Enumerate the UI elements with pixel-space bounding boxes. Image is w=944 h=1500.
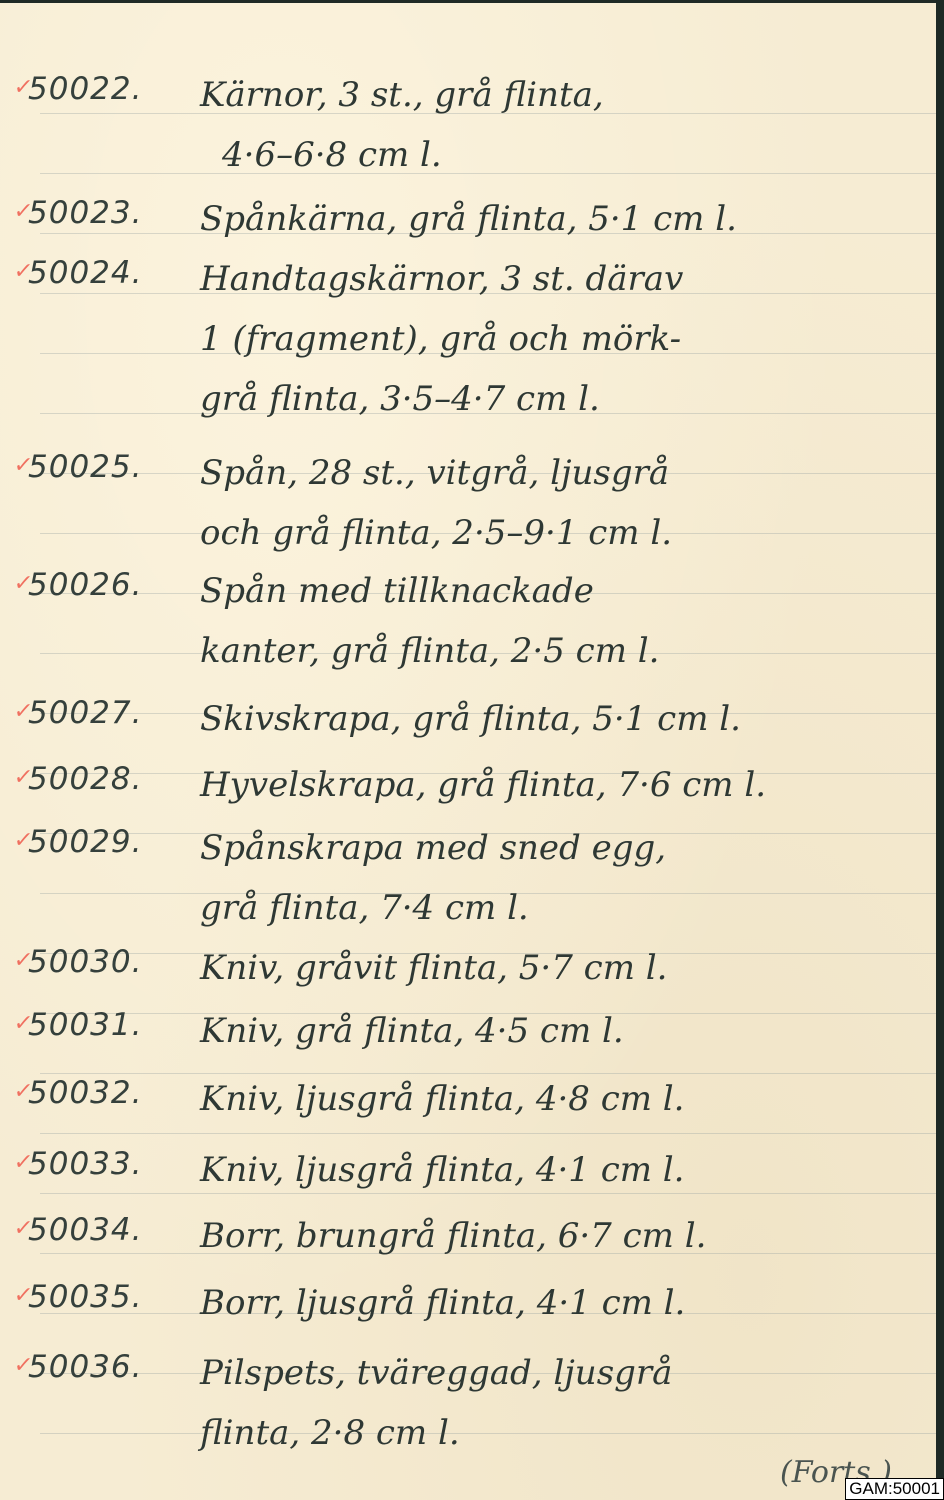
entry-line: Spån, 28 st., vitgrå, ljusgrå [200, 443, 930, 503]
entry-line: grå flinta, 3·5–4·7 cm l. [200, 369, 930, 429]
entry-description: Kniv, ljusgrå flinta, 4·1 cm l. [200, 1140, 930, 1200]
entry-line: och grå flinta, 2·5–9·1 cm l. [200, 503, 930, 563]
entry-line: Handtagskärnor, 3 st. därav [200, 249, 930, 309]
entry-description: Hyvelskrapa, grå flinta, 7·6 cm l. [200, 755, 930, 815]
entry-line: 4·6–6·8 cm l. [200, 125, 930, 185]
entry-number: 50029. [28, 818, 142, 866]
entry-number: 50032. [28, 1069, 142, 1117]
entry-line: Spånskrapa med sned egg, [200, 818, 930, 878]
entry-line: 1 (fragment), grå och mörk- [200, 309, 930, 369]
entry-line: kanter, grå flinta, 2·5 cm l. [200, 621, 930, 681]
entry-number: 50025. [28, 443, 142, 491]
entry-number: 50028. [28, 755, 142, 803]
entry-number: 50022. [28, 65, 142, 113]
entry-line: Pilspets, tväreggad, ljusgrå [200, 1343, 930, 1403]
entry-number: 50027. [28, 689, 142, 737]
entry-description: Skivskrapa, grå flinta, 5·1 cm l. [200, 689, 930, 749]
entry-line: Borr, brungrå flinta, 6·7 cm l. [200, 1206, 930, 1266]
entry-number: 50023. [28, 189, 142, 237]
entry-description: Borr, ljusgrå flinta, 4·1 cm l. [200, 1273, 930, 1333]
entry-line: Hyvelskrapa, grå flinta, 7·6 cm l. [200, 755, 930, 815]
entry-number: 50033. [28, 1140, 142, 1188]
entry-line: Kniv, grå flinta, 4·5 cm l. [200, 1001, 930, 1061]
entry-number: 50024. [28, 249, 142, 297]
entry-number: 50035. [28, 1273, 142, 1321]
entry-description: Handtagskärnor, 3 st. därav 1 (fragment)… [200, 249, 930, 429]
entry-description: Kniv, gråvit flinta, 5·7 cm l. [200, 938, 930, 998]
entry-line: Spånkärna, grå flinta, 5·1 cm l. [200, 189, 930, 249]
entry-line: Spån med tillknackade [200, 561, 930, 621]
entry-line: grå flinta, 7·4 cm l. [200, 878, 930, 938]
entry-line: Kniv, ljusgrå flinta, 4·1 cm l. [200, 1140, 930, 1200]
entry-description: Spån med tillknackade kanter, grå flinta… [200, 561, 930, 681]
catalogue-card: ✓ 50022. Kärnor, 3 st., grå flinta, 4·6–… [0, 3, 936, 1500]
ruled-line [40, 1133, 936, 1134]
entry-description: Spånkärna, grå flinta, 5·1 cm l. [200, 189, 930, 249]
entry-description: Pilspets, tväreggad, ljusgrå flinta, 2·8… [200, 1343, 930, 1463]
entry-description: Kärnor, 3 st., grå flinta, 4·6–6·8 cm l. [200, 65, 930, 185]
entry-description: Borr, brungrå flinta, 6·7 cm l. [200, 1206, 930, 1266]
entry-line: Kniv, ljusgrå flinta, 4·8 cm l. [200, 1069, 930, 1129]
archive-id-label: GAM:50001 [845, 1478, 944, 1500]
entry-number: 50036. [28, 1343, 142, 1391]
entry-number: 50034. [28, 1206, 142, 1254]
entry-line: Kniv, gråvit flinta, 5·7 cm l. [200, 938, 930, 998]
entry-description: Kniv, ljusgrå flinta, 4·8 cm l. [200, 1069, 930, 1129]
entry-line: Kärnor, 3 st., grå flinta, [200, 65, 930, 125]
entry-line: Borr, ljusgrå flinta, 4·1 cm l. [200, 1273, 930, 1333]
entry-description: Spån, 28 st., vitgrå, ljusgrå och grå fl… [200, 443, 930, 563]
entry-description: Kniv, grå flinta, 4·5 cm l. [200, 1001, 930, 1061]
entry-number: 50030. [28, 938, 142, 986]
card-edge [936, 0, 944, 1500]
entry-number: 50026. [28, 561, 142, 609]
entry-line: flinta, 2·8 cm l. [200, 1403, 930, 1463]
entry-number: 50031. [28, 1001, 142, 1049]
entry-line: Skivskrapa, grå flinta, 5·1 cm l. [200, 689, 930, 749]
entry-description: Spånskrapa med sned egg, grå flinta, 7·4… [200, 818, 930, 938]
